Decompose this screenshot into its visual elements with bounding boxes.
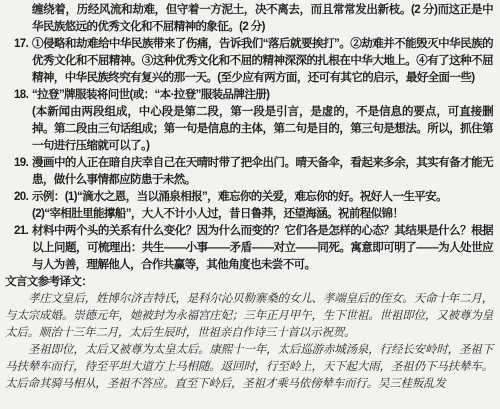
answers-list: 17.①侵略和劫难给中华民族带来了伤痛，告诉我们“落后就要挨打”。②劫难并不能毁… (5, 36, 493, 274)
item-number: 18. (14, 87, 28, 104)
item-text: 示例：(1)“滴水之恩，当以涌泉相报”，难忘你的关爱，难忘你的好。祝好人一生平安… (32, 189, 493, 206)
item-text: (本新闻由两段组成，中心段是第二段，第一段是引言，是虚的，不是信息的要点，可直接… (32, 104, 493, 155)
item-number: 19. (14, 155, 28, 172)
item-number: 20. (14, 189, 28, 206)
item-text: ①侵略和劫难给中华民族带来了伤痛，告诉我们“落后就要挨打”。②劫难并不能毁灭中华… (32, 36, 493, 87)
translation-paragraph: 孝庄文皇后，姓博尔济吉特氏，是科尔沁贝勒寨桑的女儿、孝端皇后的侄女。天命十年二月… (5, 291, 493, 342)
item-text: (2)“宰相肚里能撑船”，大人不计小人过，昔日鲁莽，还望海涵。祝前程似锦！ (32, 206, 493, 223)
translation-section: 孝庄文皇后，姓博尔济吉特氏，是科尔沁贝勒寨桑的女儿、孝端皇后的侄女。天命十年二月… (5, 291, 493, 393)
answer-item: 20.示例：(1)“滴水之恩，当以涌泉相报”，难忘你的关爱，难忘你的好。祝好人一… (14, 189, 493, 223)
answer-item: 19.漫画中的人正在暗自庆幸自己在天晴时带了把伞出门。晴天备伞，看起来多余，其实… (14, 155, 493, 189)
answer-item: 21.材料中两个头的关系有什么变化？因为什么而变的？它们各是怎样的心态？其结果是… (14, 223, 493, 274)
item-text: 漫画中的人正在暗自庆幸自己在天晴时带了把伞出门。晴天备伞，看起来多余，其实有备才… (32, 155, 493, 189)
answer-item: 17.①侵略和劫难给中华民族带来了伤痛，告诉我们“落后就要挨打”。②劫难并不能毁… (14, 36, 493, 87)
translation-heading: 文言文参考译文： (5, 274, 493, 291)
item-text: “拉登”牌服装将问世(或：“本·拉登”服装品牌注册) (32, 87, 493, 104)
item-number: 17. (14, 36, 28, 53)
item-text: 材料中两个头的关系有什么变化？因为什么而变的？它们各是怎样的心态？其结果是什么？… (32, 223, 493, 274)
answer-item: 18.“拉登”牌服装将问世(或：“本·拉登”服装品牌注册)(本新闻由两段组成，中… (14, 87, 493, 155)
item-number: 21. (14, 223, 28, 240)
answer-16-continuation: 缠绕着，历经风流和劫难，但守着一方泥土，决不离去，而且常常发出新枝。(2 分)而… (32, 2, 493, 36)
translation-paragraph: 圣祖即位，太后又被尊为太皇太后。康熙十一年，太后巡游赤城汤泉，行经长安岭时，圣祖… (5, 342, 493, 393)
document-page: 缠绕着，历经风流和劫难，但守着一方泥土，决不离去，而且常常发出新枝。(2 分)而… (0, 0, 500, 409)
